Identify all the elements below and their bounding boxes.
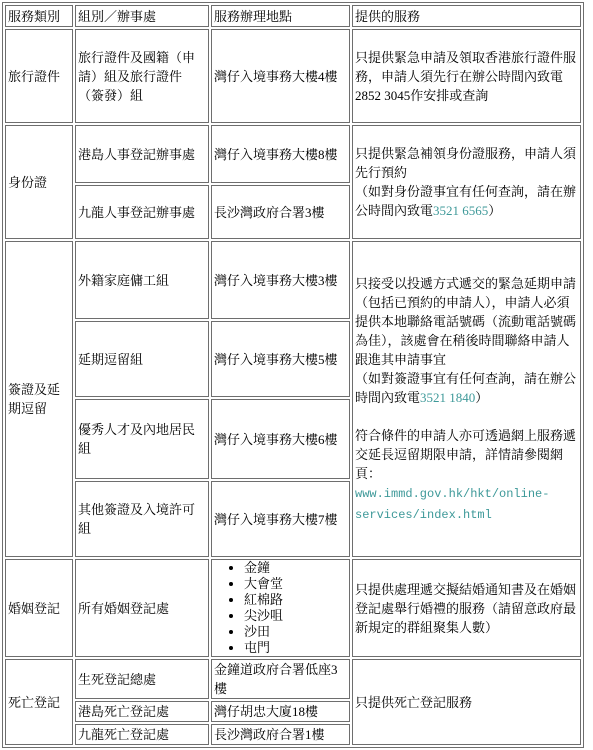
location-cell-visa-talent: 灣仔入境事務大樓6樓 xyxy=(211,399,350,479)
location-cell-visa-fdh: 灣仔入境事務大樓3樓 xyxy=(211,241,350,319)
location-cell-death-hk: 灣仔胡忠大廈18樓 xyxy=(211,701,350,722)
service-cell-marriage: 只提供處理遞交擬結婚通知書及在婚姻登記處舉行婚禮的服務（請留意政府最新規定的群組… xyxy=(352,559,581,657)
phone-link-identity[interactable]: 3521 6565 xyxy=(433,203,488,218)
list-item: 金鐘 xyxy=(244,560,347,576)
location-cell-identity-hk: 灣仔入境事務大樓8樓 xyxy=(211,125,350,183)
office-cell-death-hk: 港島死亡登記處 xyxy=(75,701,209,722)
service-cell-travel: 只提供緊急申請及領取香港旅行證件服務，申請人須先行在辦公時間內致電2852 30… xyxy=(352,29,581,123)
list-item: 尖沙咀 xyxy=(244,608,347,624)
office-cell-travel: 旅行證件及國籍（申請）組及旅行證件（簽發）組 xyxy=(75,29,209,123)
office-cell-marriage: 所有婚姻登記處 xyxy=(75,559,209,657)
header-cell-office: 組別／辦事處 xyxy=(75,5,209,27)
table-row-travel: 旅行證件 旅行證件及國籍（申請）組及旅行證件（簽發）組 灣仔入境事務大樓4樓 只… xyxy=(5,29,581,123)
category-cell-marriage: 婚姻登記 xyxy=(5,559,73,657)
visa-service-para2: 符合條件的申請人亦可透過網上服務遞交延長逗留期限申請，詳情請參閱網頁： xyxy=(355,428,576,481)
location-cell-visa-other: 灣仔入境事務大樓7樓 xyxy=(211,481,350,557)
table-header-row: 服務類別 組別／辦事處 服務辦理地點 提供的服務 xyxy=(5,5,581,27)
office-cell-identity-kln: 九龍人事登記辦事處 xyxy=(75,185,209,239)
table-row-death-1: 死亡登記 生死登記總處 金鐘道政府合署低座3樓 只提供死亡登記服務 xyxy=(5,659,581,699)
list-item: 屯門 xyxy=(244,640,347,656)
header-cell-location: 服務辦理地點 xyxy=(211,5,350,27)
category-cell-travel: 旅行證件 xyxy=(5,29,73,123)
office-cell-death-general: 生死登記總處 xyxy=(75,659,209,699)
service-cell-death: 只提供死亡登記服務 xyxy=(352,659,581,745)
location-cell-travel: 灣仔入境事務大樓4樓 xyxy=(211,29,350,123)
location-cell-marriage: 金鐘 大會堂 紅棉路 尖沙咀 沙田 屯門 xyxy=(211,559,350,657)
identity-service-line2-close: ） xyxy=(488,203,501,218)
list-item: 紅棉路 xyxy=(244,592,347,608)
location-cell-death-general: 金鐘道政府合署低座3樓 xyxy=(211,659,350,699)
office-cell-visa-other: 其他簽證及入境許可組 xyxy=(75,481,209,557)
office-cell-visa-talent: 優秀人才及內地居民組 xyxy=(75,399,209,479)
header-cell-service-category: 服務類別 xyxy=(5,5,73,27)
list-item: 大會堂 xyxy=(244,576,347,592)
phone-link-visa[interactable]: 3521 1840 xyxy=(420,390,475,405)
location-cell-identity-kln: 長沙灣政府合署3樓 xyxy=(211,185,350,239)
category-cell-identity: 身份證 xyxy=(5,125,73,239)
office-cell-visa-extension: 延期逗留組 xyxy=(75,321,209,397)
visa-service-para1: 只接受以投遞方式遞交的緊急延期申請（包括已預約的申請人），申請人必須提供本地聯絡… xyxy=(355,276,576,367)
service-cell-visa: 只接受以投遞方式遞交的緊急延期申請（包括已預約的申請人），申請人必須提供本地聯絡… xyxy=(352,241,581,557)
category-cell-death: 死亡登記 xyxy=(5,659,73,745)
service-cell-identity: 只提供緊急補領身份證服務，申請人須先行預約 （如對身份證事宜有任何查詢，請在辦公… xyxy=(352,125,581,239)
table-row-marriage: 婚姻登記 所有婚姻登記處 金鐘 大會堂 紅棉路 尖沙咀 沙田 屯門 只提供處理遞… xyxy=(5,559,581,657)
table-row-identity-1: 身份證 港島人事登記辦事處 灣仔入境事務大樓8樓 只提供緊急補領身份證服務，申請… xyxy=(5,125,581,183)
identity-service-line1: 只提供緊急補領身份證服務，申請人須先行預約 xyxy=(355,146,576,180)
office-cell-death-kln: 九龍死亡登記處 xyxy=(75,724,209,745)
header-cell-service-provided: 提供的服務 xyxy=(352,5,581,27)
category-cell-visa: 簽證及延期逗留 xyxy=(5,241,73,557)
office-cell-identity-hk: 港島人事登記辦事處 xyxy=(75,125,209,183)
location-cell-death-kln: 長沙灣政府合署1樓 xyxy=(211,724,350,745)
immigration-services-table: 服務類別 組別／辦事處 服務辦理地點 提供的服務 旅行證件 旅行證件及國籍（申請… xyxy=(2,2,584,748)
online-services-link[interactable]: www.immd.gov.hk/hkt/online-services/inde… xyxy=(355,487,549,522)
marriage-locations-list: 金鐘 大會堂 紅棉路 尖沙咀 沙田 屯門 xyxy=(214,560,347,656)
location-cell-visa-extension: 灣仔入境事務大樓5樓 xyxy=(211,321,350,397)
table-row-visa-1: 簽證及延期逗留 外籍家庭傭工組 灣仔入境事務大樓3樓 只接受以投遞方式遞交的緊急… xyxy=(5,241,581,319)
office-cell-visa-fdh: 外籍家庭傭工組 xyxy=(75,241,209,319)
list-item: 沙田 xyxy=(244,624,347,640)
visa-service-enquiry-close: ） xyxy=(475,390,488,405)
